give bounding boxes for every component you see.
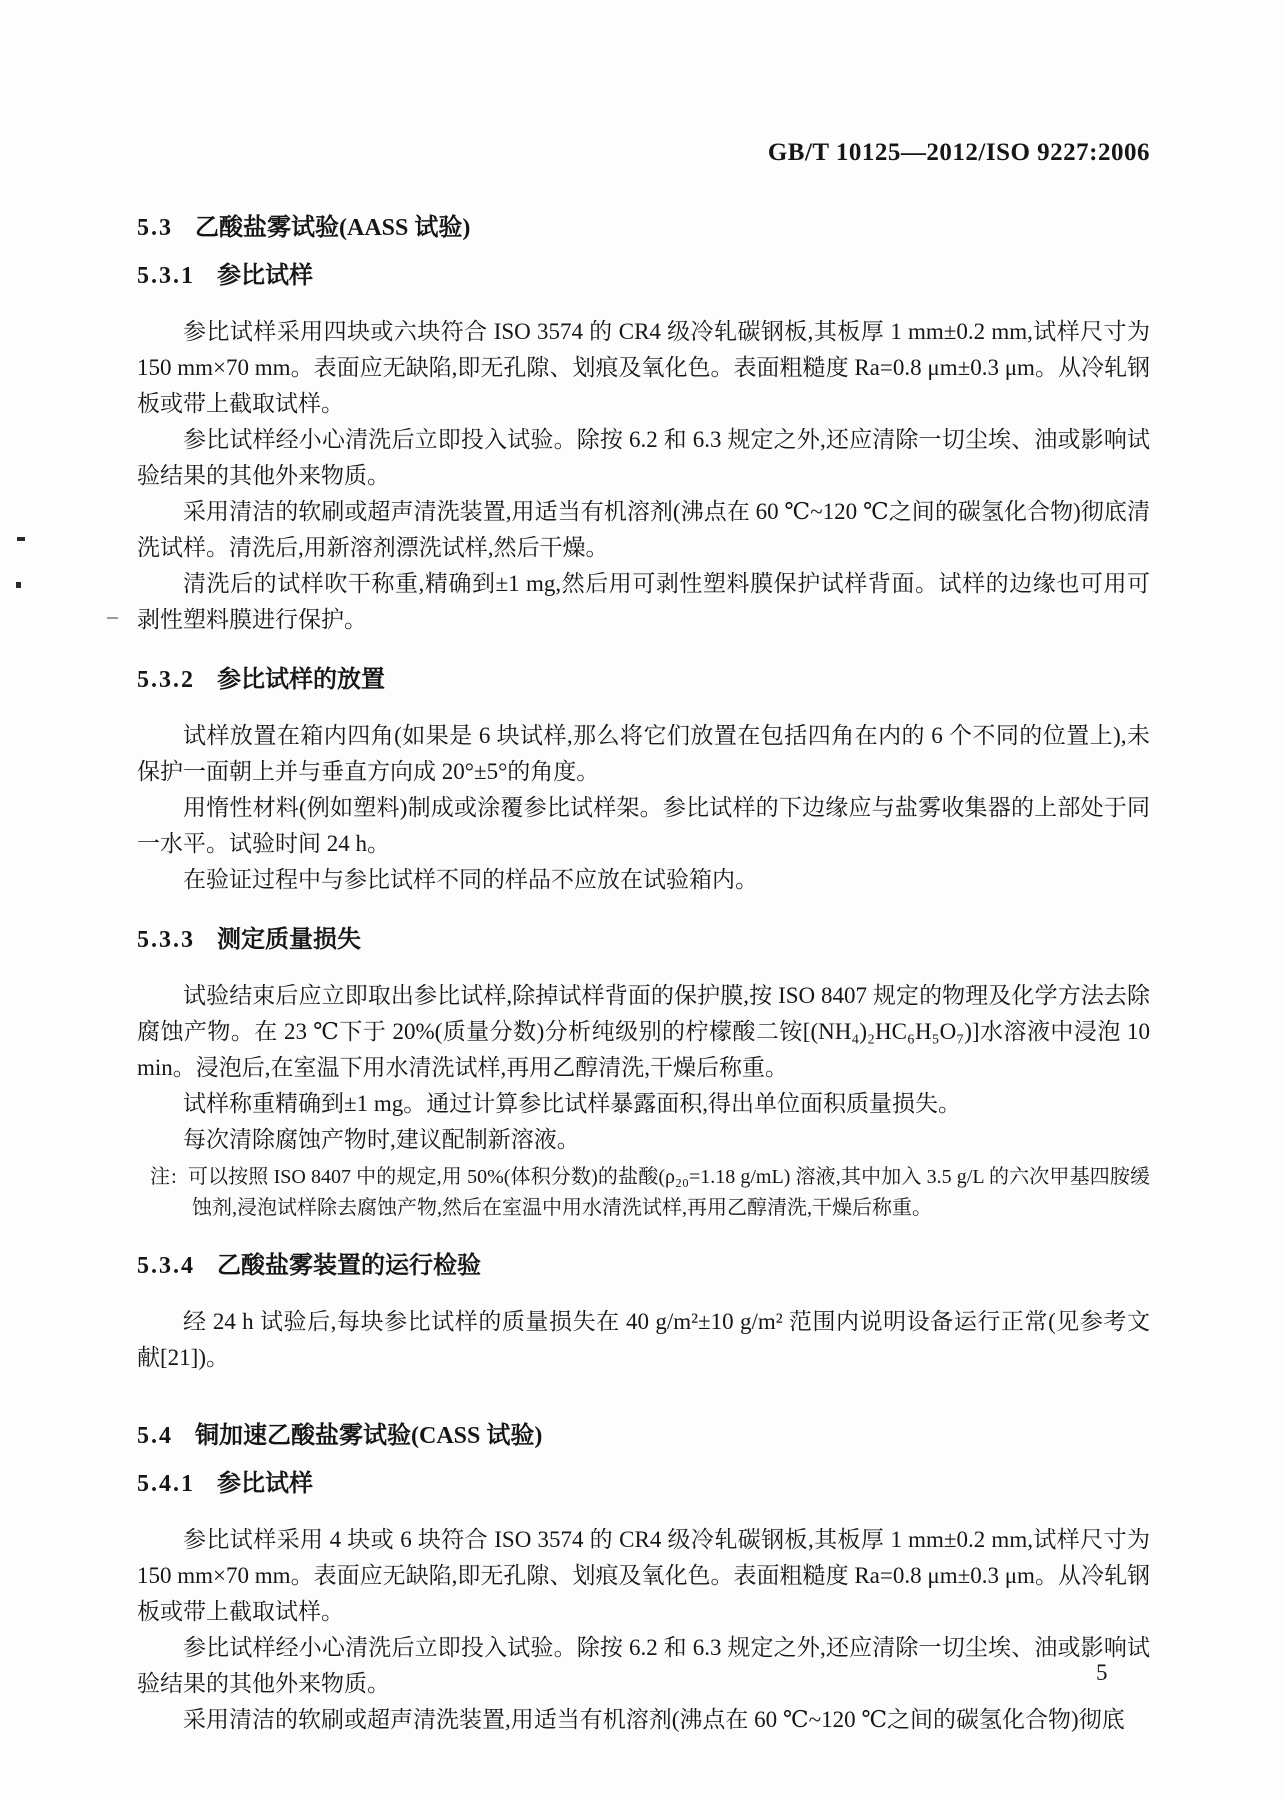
heading-title: 参比试样 [217,1471,313,1497]
heading-number: 5.3.3 [137,924,195,956]
heading-title: 参比试样 [217,263,313,289]
document-page: GB/T 10125—2012/ISO 9227:2006 5.3乙酸盐雾试验(… [0,0,1284,1800]
heading-title: 测定质量损失 [217,927,361,953]
heading-title: 参比试样的放置 [217,667,385,693]
standard-number-header: GB/T 10125—2012/ISO 9227:2006 [137,138,1150,168]
heading-title: 乙酸盐雾装置的运行检验 [217,1253,481,1279]
page-number: 5 [1096,1660,1108,1686]
scan-artifact [17,537,25,541]
paragraph: 用惰性材料(例如塑料)制成或涂覆参比试样架。参比试样的下边缘应与盐雾收集器的上部… [137,790,1150,862]
paragraph: 清洗后的试样吹干称重,精确到±1 mg,然后用可剥性塑料膜保护试样背面。试样的边… [137,566,1150,638]
paragraph: 参比试样采用 4 块或 6 块符合 ISO 3574 的 CR4 级冷轧碳钢板,… [137,1522,1150,1630]
heading-number: 5.3 [137,212,173,244]
heading-number: 5.3.1 [137,260,195,292]
paragraph: 试样称重精确到±1 mg。通过计算参比试样暴露面积,得出单位面积质量损失。 [137,1086,1150,1122]
paragraph: 采用清洁的软刷或超声清洗装置,用适当有机溶剂(沸点在 60 ℃~120 ℃之间的… [137,1702,1150,1738]
paragraph: 参比试样经小心清洗后立即投入试验。除按 6.2 和 6.3 规定之外,还应清除一… [137,422,1150,494]
paragraph: 参比试样经小心清洗后立即投入试验。除按 6.2 和 6.3 规定之外,还应清除一… [137,1630,1150,1702]
note-label: 注: [150,1166,178,1188]
scan-artifact [16,582,21,588]
heading-number: 5.4.1 [137,1468,195,1500]
heading-number: 5.4 [137,1420,173,1452]
heading-5-4-1: 5.4.1参比试样 [137,1468,1150,1500]
paragraph: 采用清洁的软刷或超声清洗装置,用适当有机溶剂(沸点在 60 ℃~120 ℃之间的… [137,494,1150,566]
heading-5-3-4: 5.3.4乙酸盐雾装置的运行检验 [137,1250,1150,1282]
paragraph: 试验结束后应立即取出参比试样,除掉试样背面的保护膜,按 ISO 8407 规定的… [137,978,1150,1086]
heading-5-3-2: 5.3.2参比试样的放置 [137,664,1150,696]
paragraph: 经 24 h 试验后,每块参比试样的质量损失在 40 g/m²±10 g/m² … [137,1304,1150,1376]
paragraph: 参比试样采用四块或六块符合 ISO 3574 的 CR4 级冷轧碳钢板,其板厚 … [137,314,1150,422]
heading-number: 5.3.2 [137,664,195,696]
heading-5-4: 5.4铜加速乙酸盐雾试验(CASS 试验) [137,1420,1150,1452]
note-text: 可以按照 ISO 8407 中的规定,用 50%(体积分数)的盐酸(ρ₂₀=1.… [188,1166,1150,1219]
scan-artifact [107,617,118,619]
paragraph: 试样放置在箱内四角(如果是 6 块试样,那么将它们放置在包括四角在内的 6 个不… [137,718,1150,790]
heading-title: 铜加速乙酸盐雾试验(CASS 试验) [195,1423,542,1449]
heading-5-3: 5.3乙酸盐雾试验(AASS 试验) [137,212,1150,244]
heading-number: 5.3.4 [137,1250,195,1282]
note: 注:可以按照 ISO 8407 中的规定,用 50%(体积分数)的盐酸(ρ₂₀=… [192,1162,1150,1224]
heading-5-3-1: 5.3.1参比试样 [137,260,1150,292]
heading-title: 乙酸盐雾试验(AASS 试验) [195,215,470,241]
heading-5-3-3: 5.3.3测定质量损失 [137,924,1150,956]
paragraph: 每次清除腐蚀产物时,建议配制新溶液。 [137,1122,1150,1158]
paragraph: 在验证过程中与参比试样不同的样品不应放在试验箱内。 [137,862,1150,898]
page-content: GB/T 10125—2012/ISO 9227:2006 5.3乙酸盐雾试验(… [0,0,1284,1738]
